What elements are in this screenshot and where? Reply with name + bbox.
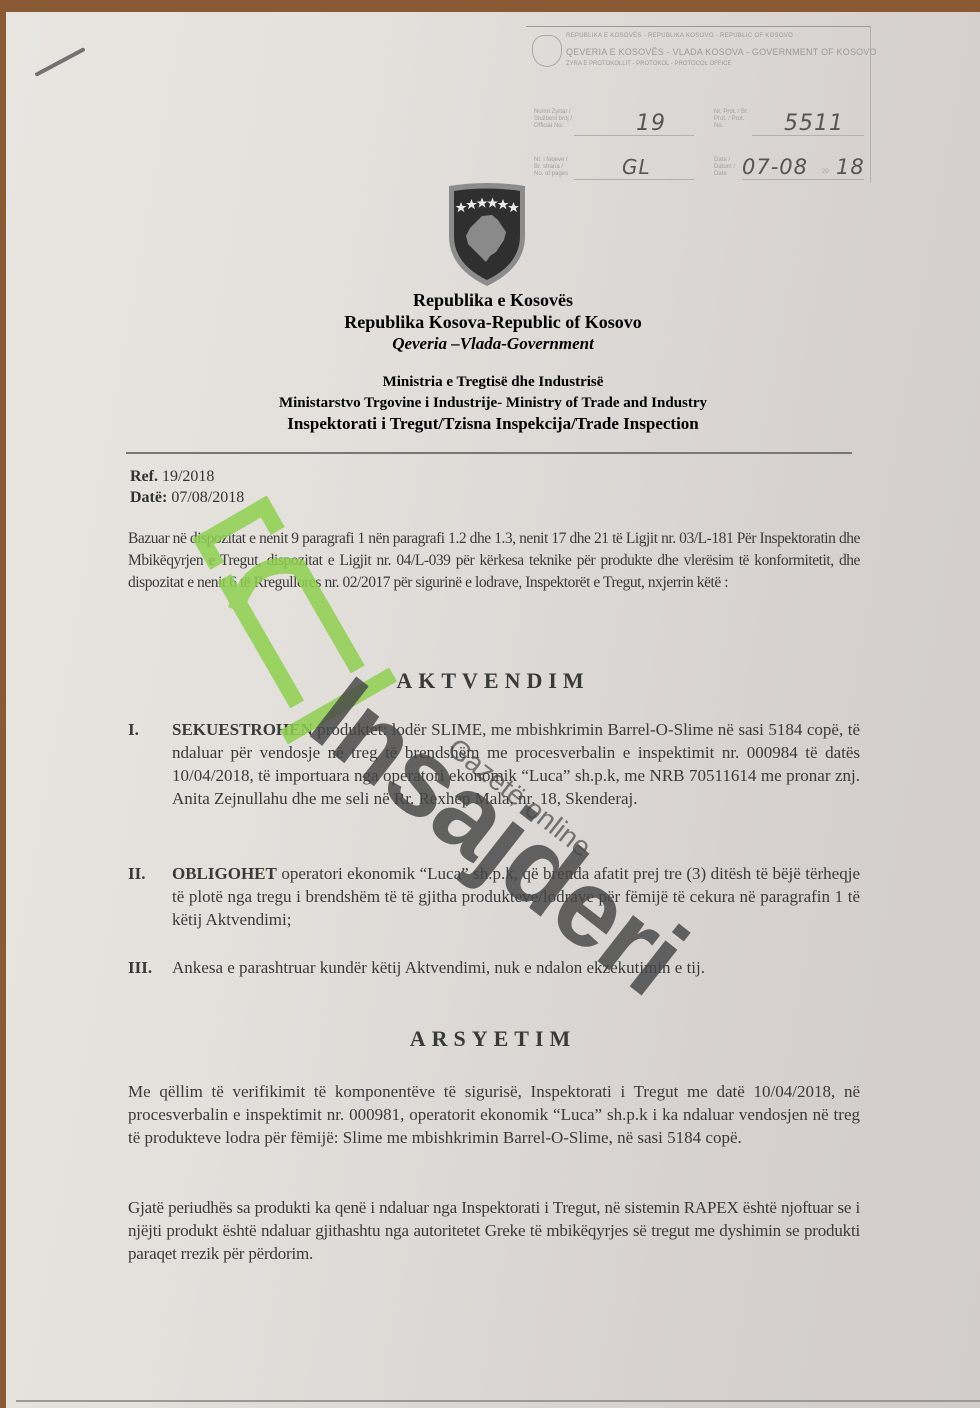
document-page: REPUBLIKA E KOSOVËS - REPUBLIKA KOSOVO -…: [6, 12, 980, 1408]
reasoning-paragraph-2: Gjatë periudhës sa produkti ka qenë i nd…: [128, 1196, 860, 1265]
stamp-header-main: QEVERIA E KOSOVËS - VLADA KOSOVA - GOVER…: [566, 47, 877, 57]
stamp-header-top: REPUBLIKA E KOSOVËS - REPUBLIKA KOSOVO -…: [566, 33, 793, 39]
stamp-field-3-value: GL: [622, 155, 651, 179]
stamp-field-4-year-prefix: 20: [822, 169, 829, 176]
reference-number: Ref. 19/2018: [130, 466, 244, 487]
stamp-field-4-year: 18: [836, 155, 865, 179]
header-divider: [126, 452, 852, 454]
page-bottom-edge: [16, 1400, 980, 1402]
stamp-header-bottom: ZYRA E PROTOKOLLIT - PROTOKOL - PROTOCOL…: [566, 61, 731, 67]
reasoning-paragraph-1: Me qëllim të verifikimit të komponentëve…: [128, 1080, 860, 1149]
reasoning-title: ARSYETIM: [6, 1026, 980, 1052]
header-republic-sq: Republika e Kosovës: [6, 290, 980, 311]
stamp-field-2-label: Nr. Prot. / Br. Prot. / Prot. No.: [714, 109, 754, 130]
stamp-field-4-value: 07-08: [742, 155, 808, 179]
header-republic-sr-en: Republika Kosova-Republic of Kosovo: [6, 312, 980, 333]
stamp-field-1-value: 19: [636, 111, 666, 136]
stamp-field-3-label: Nr. i faqeve / Br. strana / No. of pages: [534, 157, 574, 178]
stamp-field-2-value: 5511: [784, 111, 844, 136]
stamp-field-1-label: Numri Zyrtar / Službeni broj / Official …: [534, 109, 574, 130]
registry-stamp: REPUBLIKA E KOSOVËS - REPUBLIKA KOSOVO -…: [526, 26, 871, 183]
kosovo-coat-of-arms-icon: [446, 182, 528, 288]
header-trade-inspection: Inspektorati i Tregut/Tzisna Inspekcija/…: [6, 414, 980, 434]
stamp-seal-icon: [532, 35, 562, 67]
decision-title: AKTVENDIM: [6, 668, 980, 694]
stamp-field-4-label: Data / Datum / Date: [714, 157, 744, 178]
decision-item: III. Ankesa e parashtruar kundër këtij A…: [128, 956, 860, 979]
header-ministry-sr-en: Ministarstvo Trgovine i Industrije- Mini…: [6, 395, 980, 412]
reference-block: Ref. 19/2018 Datë: 07/08/2018: [130, 466, 244, 508]
pen-mark: [34, 47, 85, 77]
header-government: Qeveria –Vlada-Government: [6, 334, 980, 354]
header-ministry-sq: Ministria e Tregtisë dhe Industrisë: [6, 374, 980, 391]
